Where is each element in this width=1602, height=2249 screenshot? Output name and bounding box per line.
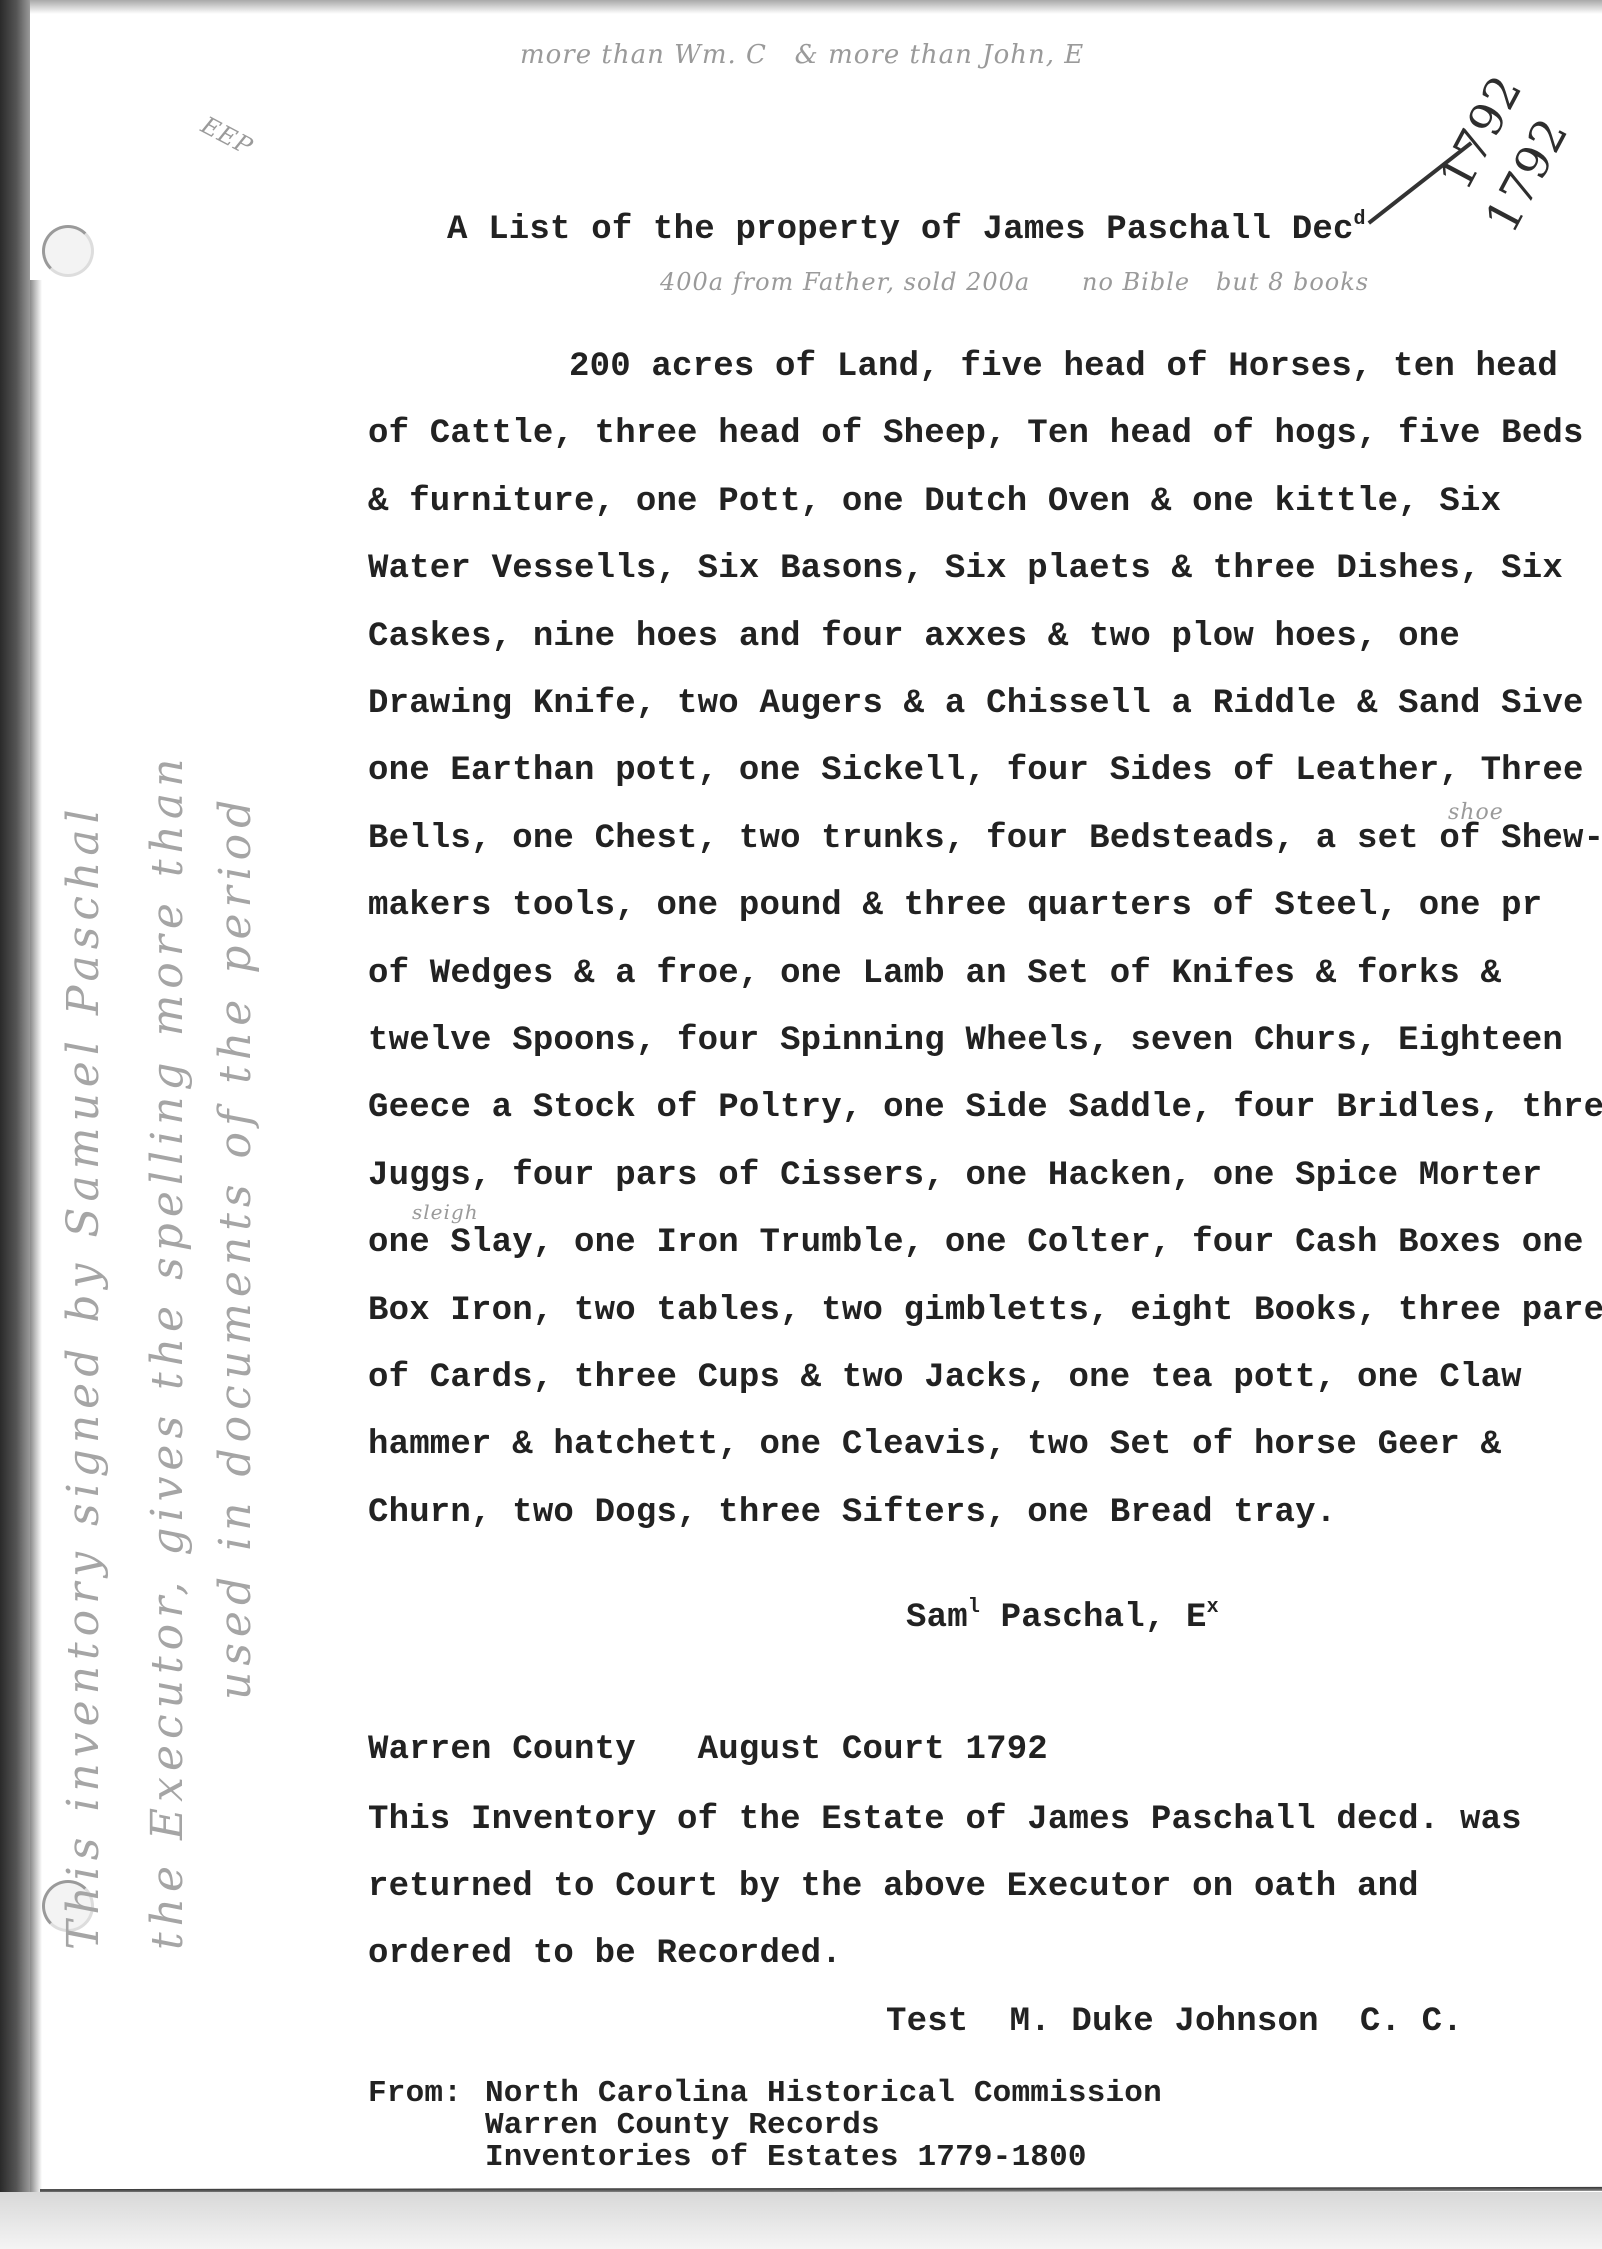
sleigh-correction: sleigh (412, 1200, 479, 1224)
title-text: A List of the property of James Paschall… (447, 211, 1354, 249)
inventory-line: of Cards, three Cups & two Jacks, one te… (368, 1361, 1522, 1395)
document-title: A List of the property of James Paschall… (447, 210, 1366, 247)
inventory-line: Churn, two Dogs, three Sifters, one Brea… (368, 1496, 1336, 1530)
inventory-line: one Earthan pott, one Sickell, four Side… (368, 754, 1584, 788)
source-line-2: Warren County Records (485, 2110, 880, 2141)
inventory-line: Drawing Knife, two Augers & a Chissell a… (368, 687, 1584, 721)
inventory-line: & furniture, one Pott, one Dutch Oven & … (368, 485, 1501, 519)
signature-prefix: Sam (906, 1599, 968, 1637)
inventory-line: makers tools, one pound & three quarters… (368, 889, 1542, 923)
court-line-2: returned to Court by the above Executor … (368, 1870, 1419, 1904)
inventory-line: of Cattle, three head of Sheep, Ten head… (368, 417, 1584, 451)
punch-hole-top (42, 225, 94, 277)
scan-top-edge (0, 0, 1602, 14)
inventory-line: Box Iron, two tables, two gimbletts, eig… (368, 1294, 1602, 1328)
under-title-handwritten-note: 400a from Father, sold 200a no Bible but… (660, 268, 1369, 296)
court-attest: Test M. Duke Johnson C. C. (886, 2005, 1463, 2039)
signature-rest: Paschal, E (980, 1599, 1207, 1637)
top-handwritten-note: more than Wm. C & more than John, E (520, 40, 1084, 70)
inventory-line: Juggs, four pars of Cissers, one Hacken,… (368, 1159, 1542, 1193)
inventory-line: 200 acres of Land, five head of Horses, … (569, 350, 1558, 384)
corner-code-note: EEP (197, 111, 258, 161)
title-superscript: d (1354, 208, 1366, 231)
inventory-line: of Wedges & a froe, one Lamb an Set of K… (368, 957, 1501, 991)
inventory-line: Water Vessells, Six Basons, Six plaets &… (368, 552, 1563, 586)
court-line-1: This Inventory of the Estate of James Pa… (368, 1803, 1522, 1837)
court-line-3: ordered to be Recorded. (368, 1937, 842, 1971)
source-line-1: North Carolina Historical Commission (485, 2078, 1162, 2109)
signature-title-sup: x (1207, 1596, 1219, 1619)
binding-shadow (30, 280, 42, 2200)
inventory-line: Geece a Stock of Poltry, one Side Saddle… (368, 1091, 1602, 1125)
binding-edge (0, 0, 30, 2249)
inventory-line: Caskes, nine hoes and four axxes & two p… (368, 620, 1460, 654)
inventory-line: hammer & hatchett, one Cleavis, two Set … (368, 1428, 1501, 1462)
court-heading: Warren County August Court 1792 (368, 1733, 1048, 1767)
inventory-line: twelve Spoons, four Spinning Wheels, sev… (368, 1024, 1563, 1058)
left-margin-note-3: used in documents of the period (210, 794, 261, 1700)
left-margin-note-1: This inventory signed by Samuel Paschal (58, 803, 109, 1950)
source-label: From: (368, 2078, 462, 2109)
signature-sup: l (968, 1596, 980, 1619)
inventory-line: one Slay, one Iron Trumble, one Colter, … (368, 1226, 1584, 1260)
executor-signature: Saml Paschal, Ex (906, 1598, 1219, 1635)
left-margin-note-2: the Executor, gives the spelling more th… (142, 753, 193, 1950)
inventory-line: Bells, one Chest, two trunks, four Bedst… (368, 822, 1602, 856)
scan-bottom-shadow (0, 2192, 1602, 2249)
source-line-3: Inventories of Estates 1779-1800 (485, 2142, 1087, 2173)
